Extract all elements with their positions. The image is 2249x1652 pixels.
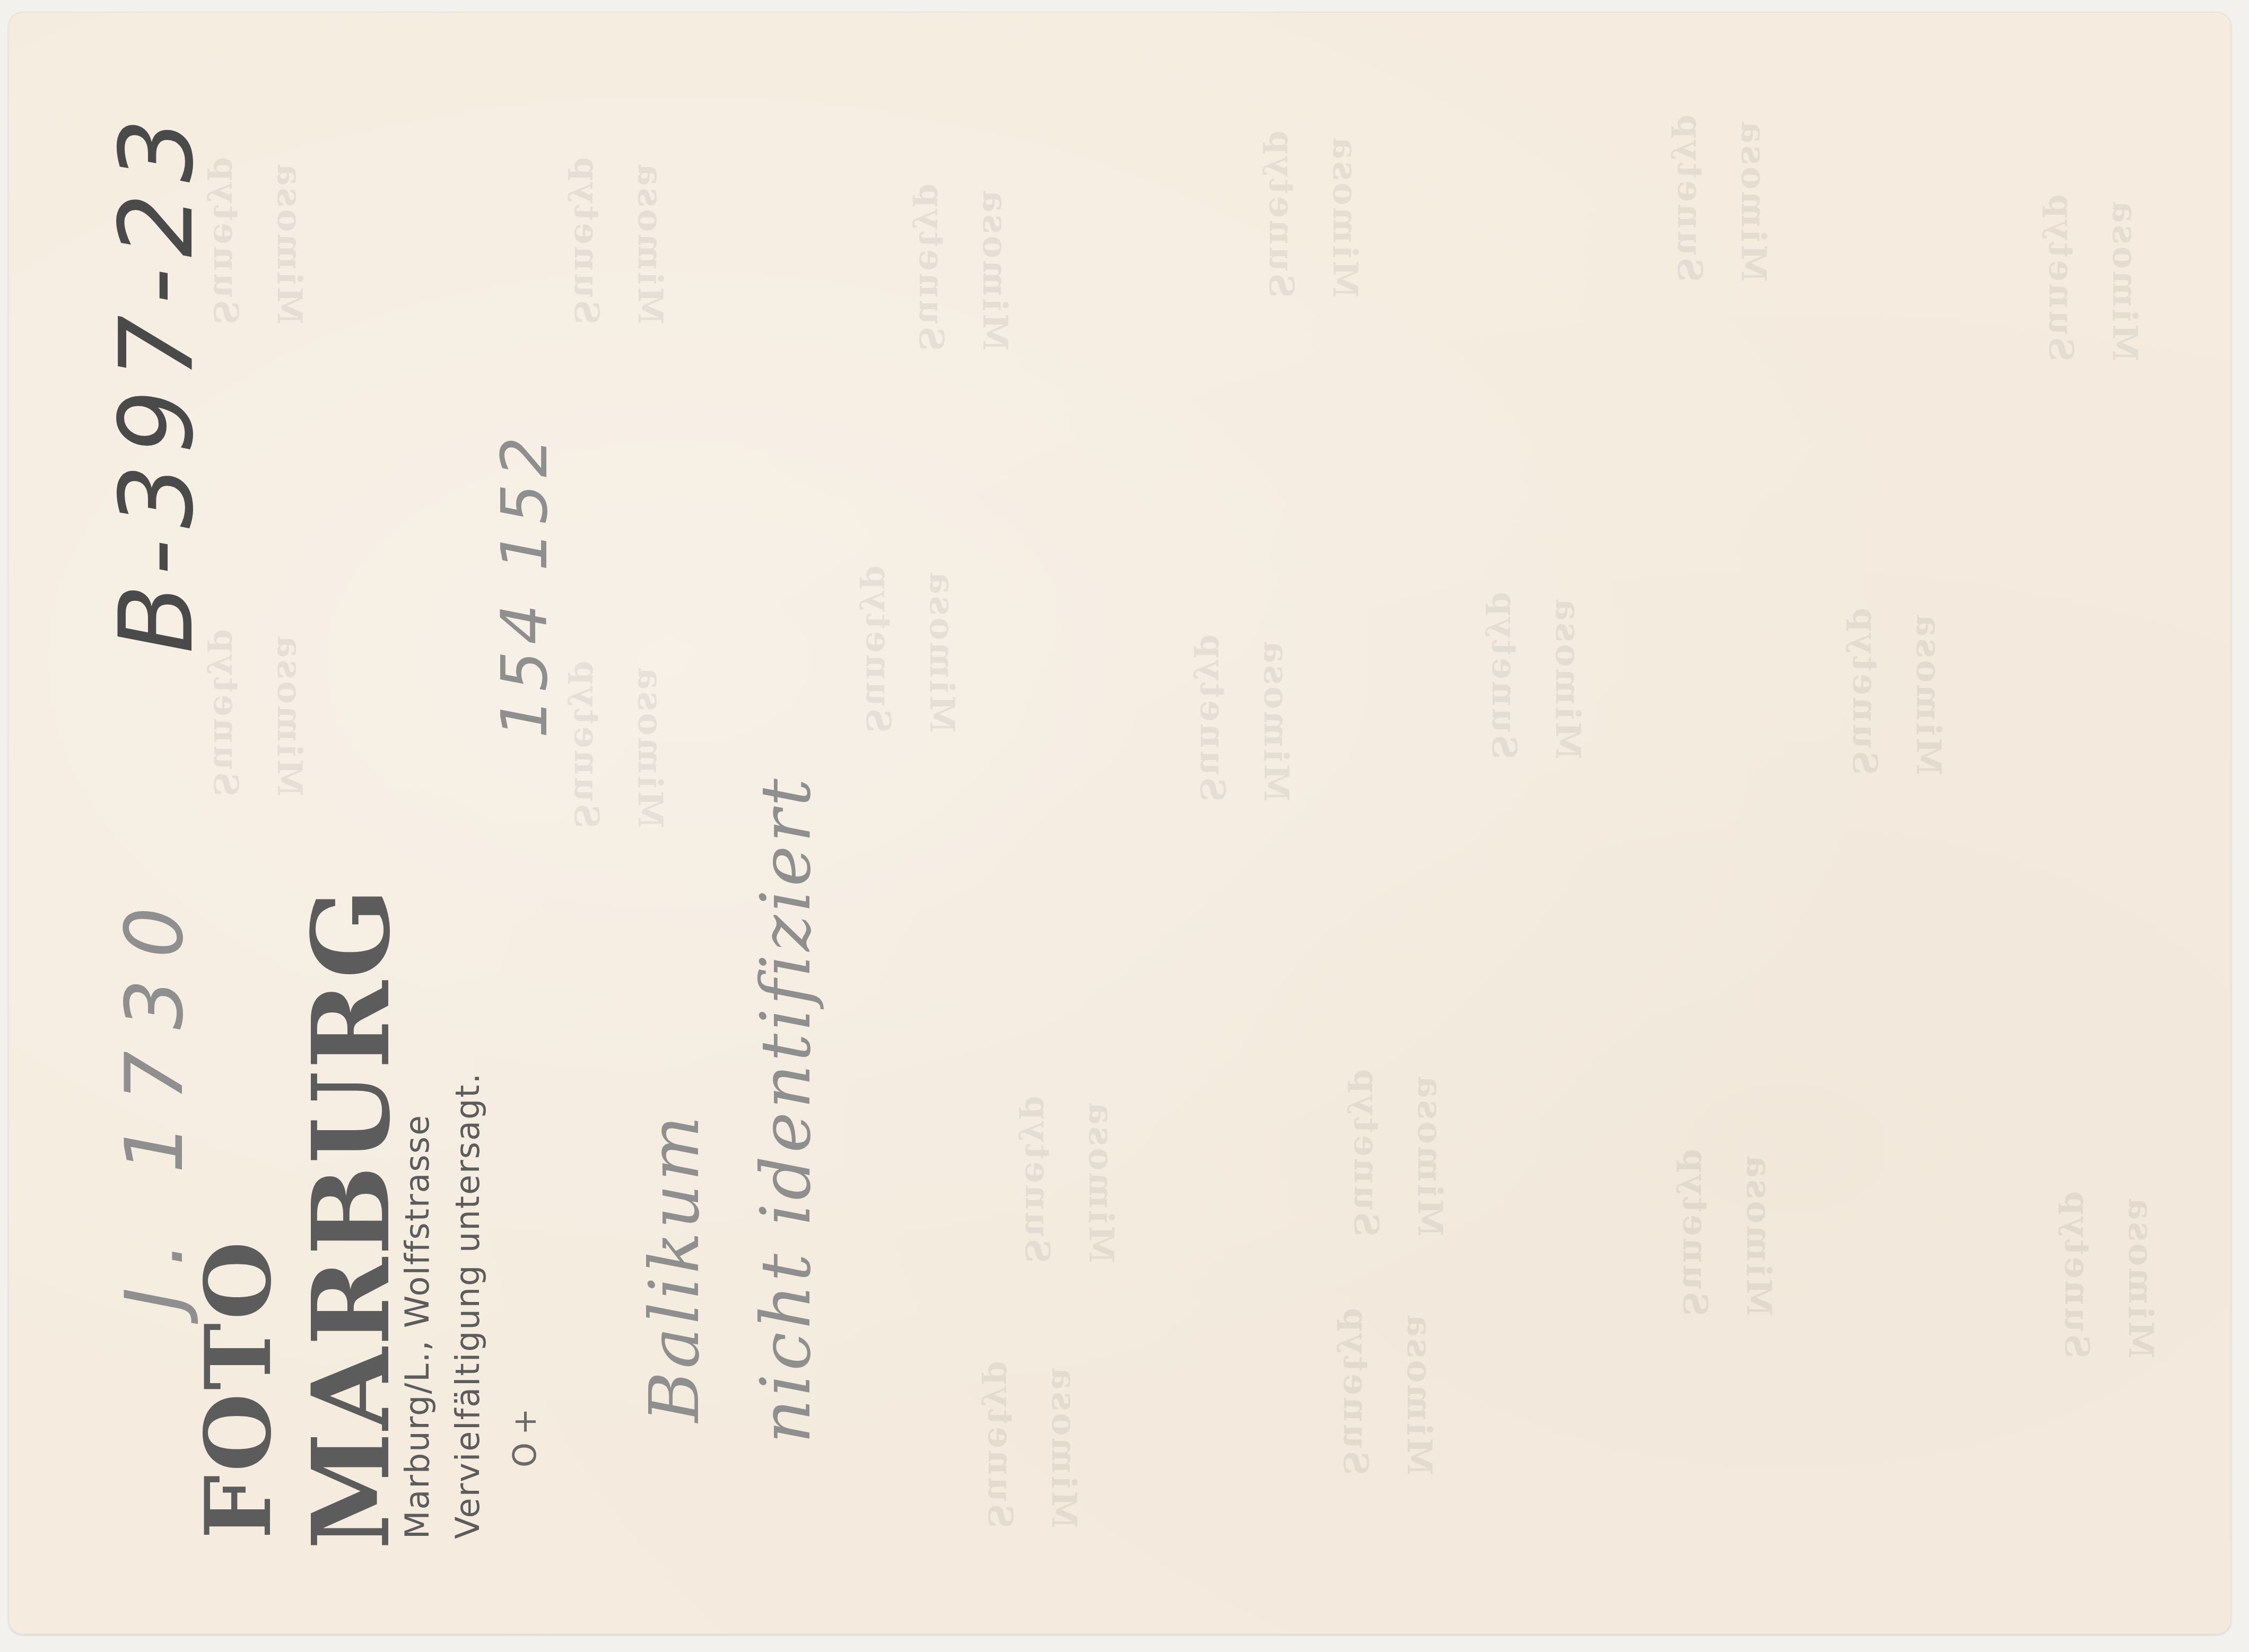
stamp-circle-plus-mark: O+ <box>507 1401 544 1468</box>
watermark-mark: MimosaSunetyp <box>2029 192 2156 362</box>
watermark-mark: MimosaSunetyp <box>846 563 973 733</box>
watermark-mark: MimosaSunetyp <box>2045 1189 2172 1359</box>
watermark-mark: MimosaSunetyp <box>1658 112 1785 282</box>
watermark-mark: MimosaSunetyp <box>554 659 682 828</box>
stamp-brand-foto: FOTO <box>186 1238 292 1539</box>
watermark-mark: MimosaSunetyp <box>1249 128 1376 298</box>
negative-numbers: 154 152 <box>488 431 562 738</box>
watermark-mark: MimosaSunetyp <box>968 1359 1095 1528</box>
stamp-copy-notice: Vervielfältigung untersagt. <box>448 1072 487 1539</box>
handwritten-note-line1: Balikum <box>634 1113 714 1422</box>
handwritten-note-line2: nicht identifiziert <box>745 775 826 1444</box>
stamp-address: Marburg/L., Wolffstrasse <box>398 1114 437 1539</box>
photo-back-card: MimosaSunetypMimosaSunetypMimosaSunetypM… <box>8 12 2231 1634</box>
watermark-mark: MimosaSunetyp <box>1323 1306 1451 1475</box>
watermark-mark: MimosaSunetyp <box>899 181 1026 351</box>
watermark-mark: MimosaSunetyp <box>1334 1067 1461 1237</box>
watermark-mark: MimosaSunetyp <box>1833 606 1960 775</box>
archive-number: B-397-23 <box>98 108 215 653</box>
stamp-brand-marburg: MARBURG <box>289 886 414 1550</box>
watermark-mark: MimosaSunetyp <box>554 155 682 325</box>
watermark-mark: MimosaSunetyp <box>1472 590 1599 759</box>
watermark-mark: MimosaSunetyp <box>1005 1094 1132 1263</box>
watermark-mark: MimosaSunetyp <box>1180 632 1307 802</box>
watermark-mark: MimosaSunetyp <box>1663 1147 1790 1316</box>
